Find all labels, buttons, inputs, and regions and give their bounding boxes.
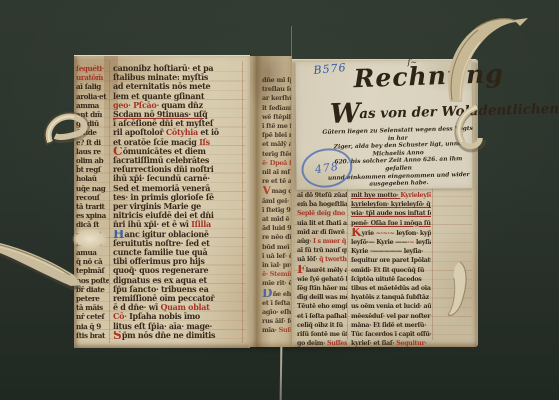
text-line: agīo· eſhī xyxy=(262,308,291,317)
text-line: ād luid 9tī xyxy=(262,224,291,233)
text-line: ī ſtetīg 9tē xyxy=(262,206,291,215)
text-line: wē ſtēpiſ xyxy=(262,113,291,122)
text-line: nr̄ ceteſ xyxy=(76,312,109,321)
text-line: Tūc ſacerdos ī capīt oſſū· xyxy=(351,330,431,339)
binding-thread-top xyxy=(291,26,292,58)
text-line: es xpina xyxy=(76,211,109,220)
text-line: ſeruitutis noſtre· ſed et xyxy=(113,239,241,248)
text-line: penē· Oſāa ſue ī mōga ſū xyxy=(351,219,431,228)
text-line: rus āiſ· fōt xyxy=(262,317,291,326)
text-line: tibus et māetēdūs ad oīa xyxy=(351,284,431,293)
parchment-scar xyxy=(440,258,474,320)
text-line: ad eternitatis nōs mete xyxy=(113,82,241,91)
text-line: omīdi· Et ſit quocūq̄ ſū xyxy=(351,266,431,275)
subtitle-initial: W xyxy=(330,98,360,130)
text-line: per virginis Marie ge xyxy=(113,202,241,211)
text-line: tibi offerimus pro hijs xyxy=(113,257,241,266)
text-line: tā trarit xyxy=(76,202,109,211)
text-line: ē· Stemn̄ xyxy=(262,270,291,279)
text-line: n̄ri ihū xp̄i· et ē wī Iſilla xyxy=(113,220,241,229)
text-line: Hanc igitur oblacionē xyxy=(113,230,241,239)
text-line: wie ſyē gehatō ber xyxy=(297,275,347,284)
text-line: dignatus es ex aqua et xyxy=(113,276,241,285)
text-line: geo· Pſcāo· quam dn̄z xyxy=(113,101,241,110)
text-line: ſequéti· xyxy=(76,64,109,73)
text-line: arolia·et xyxy=(76,92,109,101)
text-line: dñe mī ſpā xyxy=(262,76,291,85)
text-line: litus eſt ſp̄ia· aīa· mage· xyxy=(113,322,241,331)
text-line: aī ſalig xyxy=(76,82,109,91)
tie-strap-right-long xyxy=(436,10,536,110)
text-line: nitricis eiuſdē dei et dn̄i xyxy=(113,211,241,220)
column-rule-line xyxy=(109,61,110,343)
text-line: nil aī mf aī xyxy=(262,168,291,177)
right-page-column-right: mit hye motto· Kyrieleyſō·kyrieleyſon· k… xyxy=(351,191,431,349)
text-line: Scdam nō 9tinuas· uſq̄ xyxy=(113,110,241,119)
text-line: aūg· I s muer q̄ xyxy=(297,237,347,246)
binding-thread-bottom xyxy=(280,346,283,400)
gutter-text-column: dñe mī ſpātreſlau ſoear kerſhūit ſedīanſ… xyxy=(262,76,291,338)
text-line: et mālȳ aū xyxy=(262,140,291,149)
text-line: ſpē bleī m xyxy=(262,131,291,140)
column-rule-line xyxy=(347,188,348,340)
text-line: ē· Dpeā ſō xyxy=(262,159,291,168)
text-line: Tēutē eho emgio q̄o xyxy=(297,302,347,311)
text-line: kyrieſ· et ſīaſ· Sequitur· xyxy=(351,339,431,348)
text-line: us oēm venia et lucid· aūc xyxy=(351,302,431,311)
text-line: cuncte familie tue quā xyxy=(113,248,241,257)
text-line: em̄ b̄a hogeſtliatō xyxy=(297,200,347,209)
text-line: go deīm· Suſſes xyxy=(297,339,347,348)
text-line: leyſō·— Kyrie ——·~ leyſia· xyxy=(351,238,431,247)
text-line: et ī ſeſta paſhalia xyxy=(297,312,347,321)
column-rule-line xyxy=(432,188,433,340)
text-line: tā māis xyxy=(76,303,109,312)
manuscript-left-page: ſequéti·uratōm̄aī ſaligarolia·etammaant … xyxy=(74,55,250,348)
text-line: reſurrectionis dn̄i noſtri xyxy=(113,165,241,174)
left-page-main-column: canonibz hoſtiarū· et paſtalibus minate:… xyxy=(113,64,241,342)
text-line: Vmag qī m̄ xyxy=(262,186,291,196)
text-line: re nēo dīg xyxy=(262,233,291,242)
text-line: in īal· pro xyxy=(262,261,291,270)
text-line: ihū xp̄i· ſecundū carnē· xyxy=(113,174,241,183)
tie-strap-right-loop xyxy=(448,102,488,154)
text-line: ſtis brat xyxy=(76,331,109,340)
text-line: et ī feſta xyxy=(262,299,291,308)
text-line: ar kerſhū xyxy=(262,94,291,103)
text-line: mit hye motto· Kyrieleyſō· xyxy=(351,191,431,200)
text-line: nia q̄ 9 xyxy=(76,322,109,331)
text-line: Cōmunicātes et diem xyxy=(113,147,241,156)
text-line: Kyrie ·————— leyſia· xyxy=(351,247,431,256)
text-line: wia· tp̄l aude nos inſtat ſoa xyxy=(351,209,431,218)
text-line: mīe rit· ē xyxy=(262,279,291,288)
text-line: b̄t regſ xyxy=(76,165,109,174)
text-line: lem et quante gſinant xyxy=(113,92,241,101)
text-line: mīa· Suſs xyxy=(262,326,291,335)
photo-background: ſequéti·uratōm̄aī ſaligarolia·etammaant … xyxy=(0,0,559,400)
text-line: hyatōis z tanquā ſubſtāz xyxy=(351,293,431,302)
text-line: mīd ar dī ſīwrē aw xyxy=(297,228,347,237)
text-line: ī ſtē me ſe xyxy=(262,122,291,131)
column-rule-line xyxy=(242,61,243,343)
text-line: mēexēduſ· vel par noſter la xyxy=(351,312,431,321)
text-line: remiſſionē oīm peccator̄ xyxy=(113,294,241,303)
text-line: et oratōe ſcīe macīg Iſs xyxy=(113,138,241,147)
text-line: dīg deill was mēga Oī xyxy=(297,293,347,302)
text-line: uq̄e nag xyxy=(76,184,109,193)
text-line: kyrieleyſon· kyrieleyſō· q̄ b̄ xyxy=(351,200,431,209)
text-line: aī dō 9teſū zūaſ xyxy=(297,191,347,200)
text-line: māna· Et ſidē et merſū· xyxy=(351,321,431,330)
text-line: holaū xyxy=(76,174,109,183)
text-line: Seplē deīg dno xyxy=(297,209,347,218)
tie-strap-left-loop xyxy=(42,108,94,152)
text-line: at mīd ē la xyxy=(262,215,291,224)
text-line: ſēg ſtīn hāer mags xyxy=(297,284,347,293)
text-line: uā lōſ· q̄ twortho xyxy=(297,255,347,264)
text-line: recouſ xyxy=(76,193,109,202)
text-line: ſequitur ore paret Ipōlatū xyxy=(351,256,431,265)
text-line: Cō· Ipſaha nobis īmo xyxy=(113,312,241,321)
text-line: riſū ſontē me ūffi xyxy=(297,330,347,339)
text-line: āml gei· ſtē xyxy=(262,197,291,206)
text-line: treſlau ſoe xyxy=(262,85,291,94)
text-line: it ſedīanſ xyxy=(262,104,291,113)
text-line: būd meī ē xyxy=(262,243,291,252)
text-line: Flaurēt mēly anē xyxy=(297,265,347,275)
text-line: ī uā lef· q̄ xyxy=(262,252,291,261)
tie-strap-left-long xyxy=(0,236,96,302)
text-line: ſcīptōa uitutē ſacedos xyxy=(351,275,431,284)
text-line: ſp̄u ſancto· tribuens ea xyxy=(113,285,241,294)
text-line: Kyrie ~·~·~ leyſon· kyp̄ xyxy=(351,228,431,238)
text-line: celīq̄ oībz it ſū xyxy=(297,321,347,330)
text-line: uia lit et ſhatī ad ſō xyxy=(297,219,347,228)
shelfmark-annotation: B576 xyxy=(313,61,347,77)
center-fold-gutter: dñe mī ſpātreſlau ſoear kerſhūit ſedīanſ… xyxy=(250,56,292,347)
text-line: ē d dn̄e· wī Quam oblat̄ xyxy=(113,303,241,312)
text-line: Dñe eho xyxy=(262,289,291,299)
text-line: Sp̄m nōs dn̄e ne dimitis xyxy=(113,331,241,340)
text-line: aī ſū trū nauſ quā xyxy=(297,246,347,255)
text-line: canonibz hoſtiarū· et pa xyxy=(113,64,241,73)
text-line: Sed et memoriā venerā xyxy=(113,184,241,193)
text-line: olim ab xyxy=(76,156,109,165)
text-line: quoq̄· quos regenerare xyxy=(113,266,241,275)
text-line: ſtalibus minate: myſtīs xyxy=(113,73,241,82)
text-line: tes· in primis glorioſe ſē xyxy=(113,193,241,202)
text-line: ſacratiſſimū celebrātes xyxy=(113,156,241,165)
text-line: re et tē ang xyxy=(262,177,291,186)
text-line: uratōm̄ xyxy=(76,73,109,82)
right-page-column-left: aī dō 9teſū zūaſem̄ b̄a hogeſtliatōSeplē… xyxy=(297,191,347,349)
text-line: ril apoſtolor̄ Cōtyhia et iō xyxy=(113,128,241,137)
text-line: ī aſcēſionē dn̄i et myſteſ xyxy=(113,119,241,128)
stamp-number: 478 xyxy=(314,160,340,176)
text-line: terīg ſtēd xyxy=(262,150,291,159)
